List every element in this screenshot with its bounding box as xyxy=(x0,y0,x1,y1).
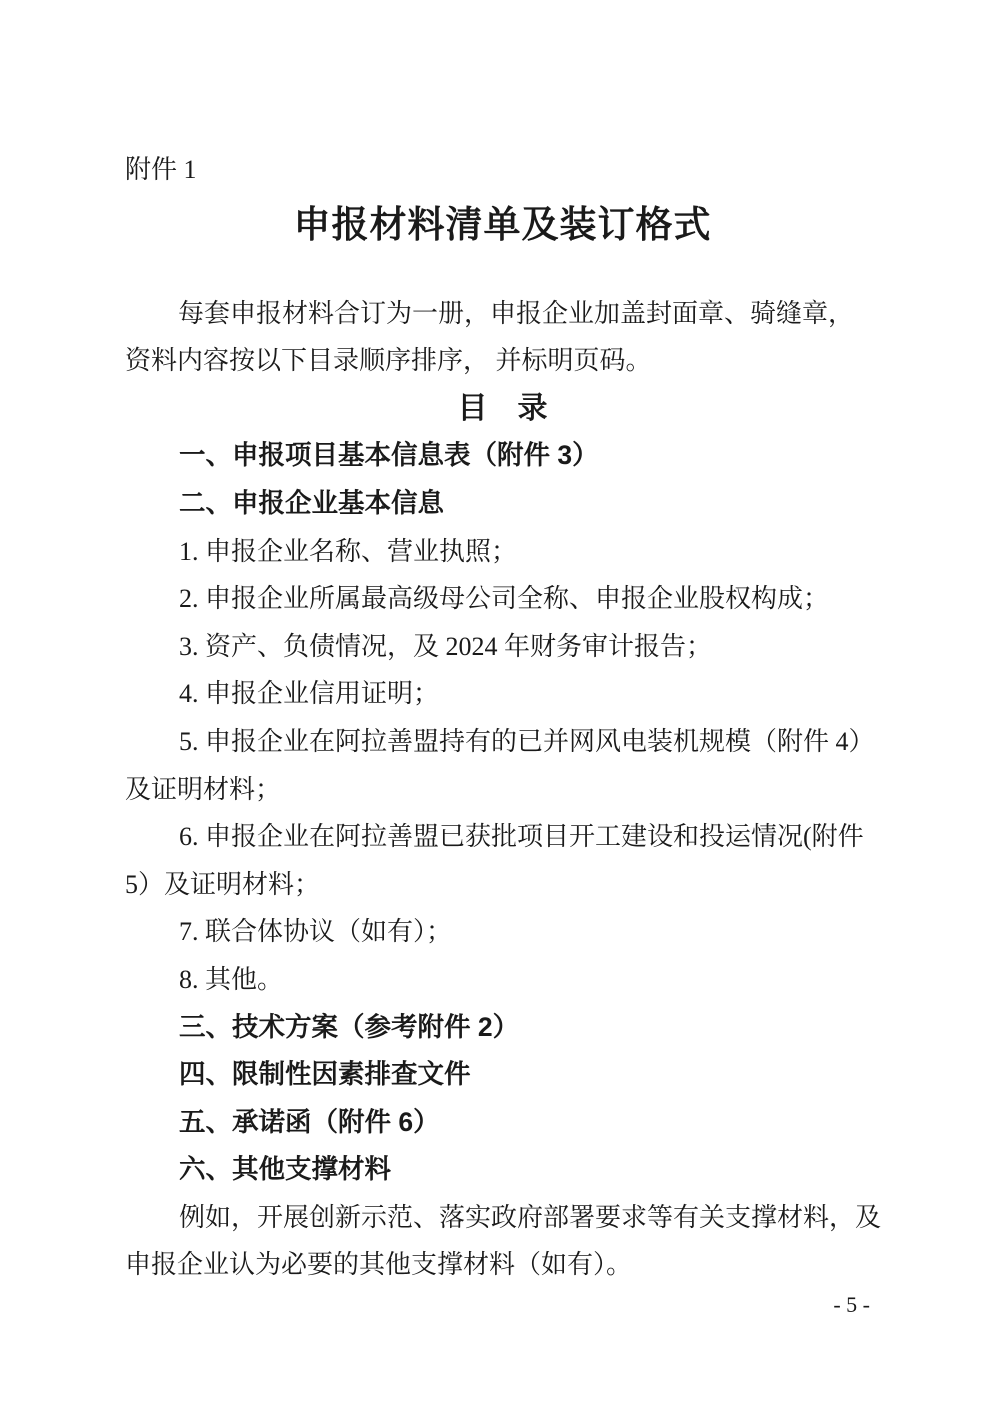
toc-line: 5. 申报企业在阿拉善盟持有的已并网风电装机规模（附件 4） xyxy=(125,718,880,766)
toc-line: 3. 资产、负债情况，及 2024 年财务审计报告； xyxy=(125,623,880,671)
toc-line: 8. 其他。 xyxy=(125,956,880,1004)
toc-heading: 目 录 xyxy=(125,385,880,433)
toc-line: 6. 申报企业在阿拉善盟已获批项目开工建设和投运情况(附件 xyxy=(125,813,880,861)
page-number: - 5 - xyxy=(833,1292,870,1318)
toc-line: 1. 申报企业名称、营业执照； xyxy=(125,528,880,576)
page-title: 申报材料清单及装订格式 xyxy=(125,194,880,290)
attachment-label: 附件 1 xyxy=(125,146,880,194)
document-content: 附件 1 申报材料清单及装订格式 每套申报材料合订为一册，申报企业加盖封面章、骑… xyxy=(125,146,880,1289)
document-page: 附件 1 申报材料清单及装订格式 每套申报材料合订为一册，申报企业加盖封面章、骑… xyxy=(0,0,1000,1414)
toc-line: 申报企业认为必要的其他支撑材料（如有）。 xyxy=(125,1241,880,1289)
toc-line: 及证明材料； xyxy=(125,766,880,814)
toc-line: 二、申报企业基本信息 xyxy=(125,480,880,528)
intro-line: 资料内容按以下目录顺序排序， 并标明页码。 xyxy=(125,337,880,385)
toc-line: 三、技术方案（参考附件 2） xyxy=(125,1004,880,1052)
toc-line: 五、承诺函（附件 6） xyxy=(125,1099,880,1147)
toc-line: 7. 联合体协议（如有）； xyxy=(125,908,880,956)
toc-line: 5）及证明材料； xyxy=(125,861,880,909)
toc-line: 四、限制性因素排查文件 xyxy=(125,1051,880,1099)
toc-line: 一、申报项目基本信息表（附件 3） xyxy=(125,432,880,480)
toc-line: 例如，开展创新示范、落实政府部署要求等有关支撑材料，及 xyxy=(125,1194,880,1242)
intro-line: 每套申报材料合订为一册，申报企业加盖封面章、骑缝章， xyxy=(125,290,880,338)
toc-line: 六、其他支撑材料 xyxy=(125,1146,880,1194)
toc-line: 2. 申报企业所属最高级母公司全称、申报企业股权构成； xyxy=(125,575,880,623)
toc-line: 4. 申报企业信用证明； xyxy=(125,670,880,718)
